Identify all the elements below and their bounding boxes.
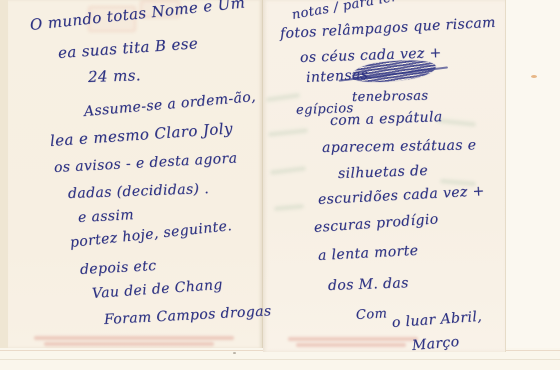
- handwritten-line: dos M. das: [328, 275, 409, 294]
- paper-speck: [531, 75, 537, 78]
- show-through-text: [34, 336, 234, 340]
- show-through-text: [288, 337, 418, 341]
- handwritten-line: tenebrosas: [352, 89, 429, 105]
- handwritten-line: silhuetas de: [338, 163, 429, 182]
- handwritten-line: aparecem estátuas e: [322, 137, 477, 156]
- handwritten-line: 24 ms.: [88, 66, 142, 86]
- handwritten-line: e assim: [78, 207, 135, 226]
- show-through-text: [296, 343, 406, 347]
- handwritten-line: Com: [356, 306, 388, 323]
- sheet-edge-line: [0, 359, 560, 360]
- show-through-text: [44, 342, 214, 346]
- scanned-note-photo: O mundo totas Nome e Um ea suas tita B e…: [0, 0, 560, 370]
- backing-sheet: [506, 0, 560, 370]
- paper-speck: [233, 352, 236, 354]
